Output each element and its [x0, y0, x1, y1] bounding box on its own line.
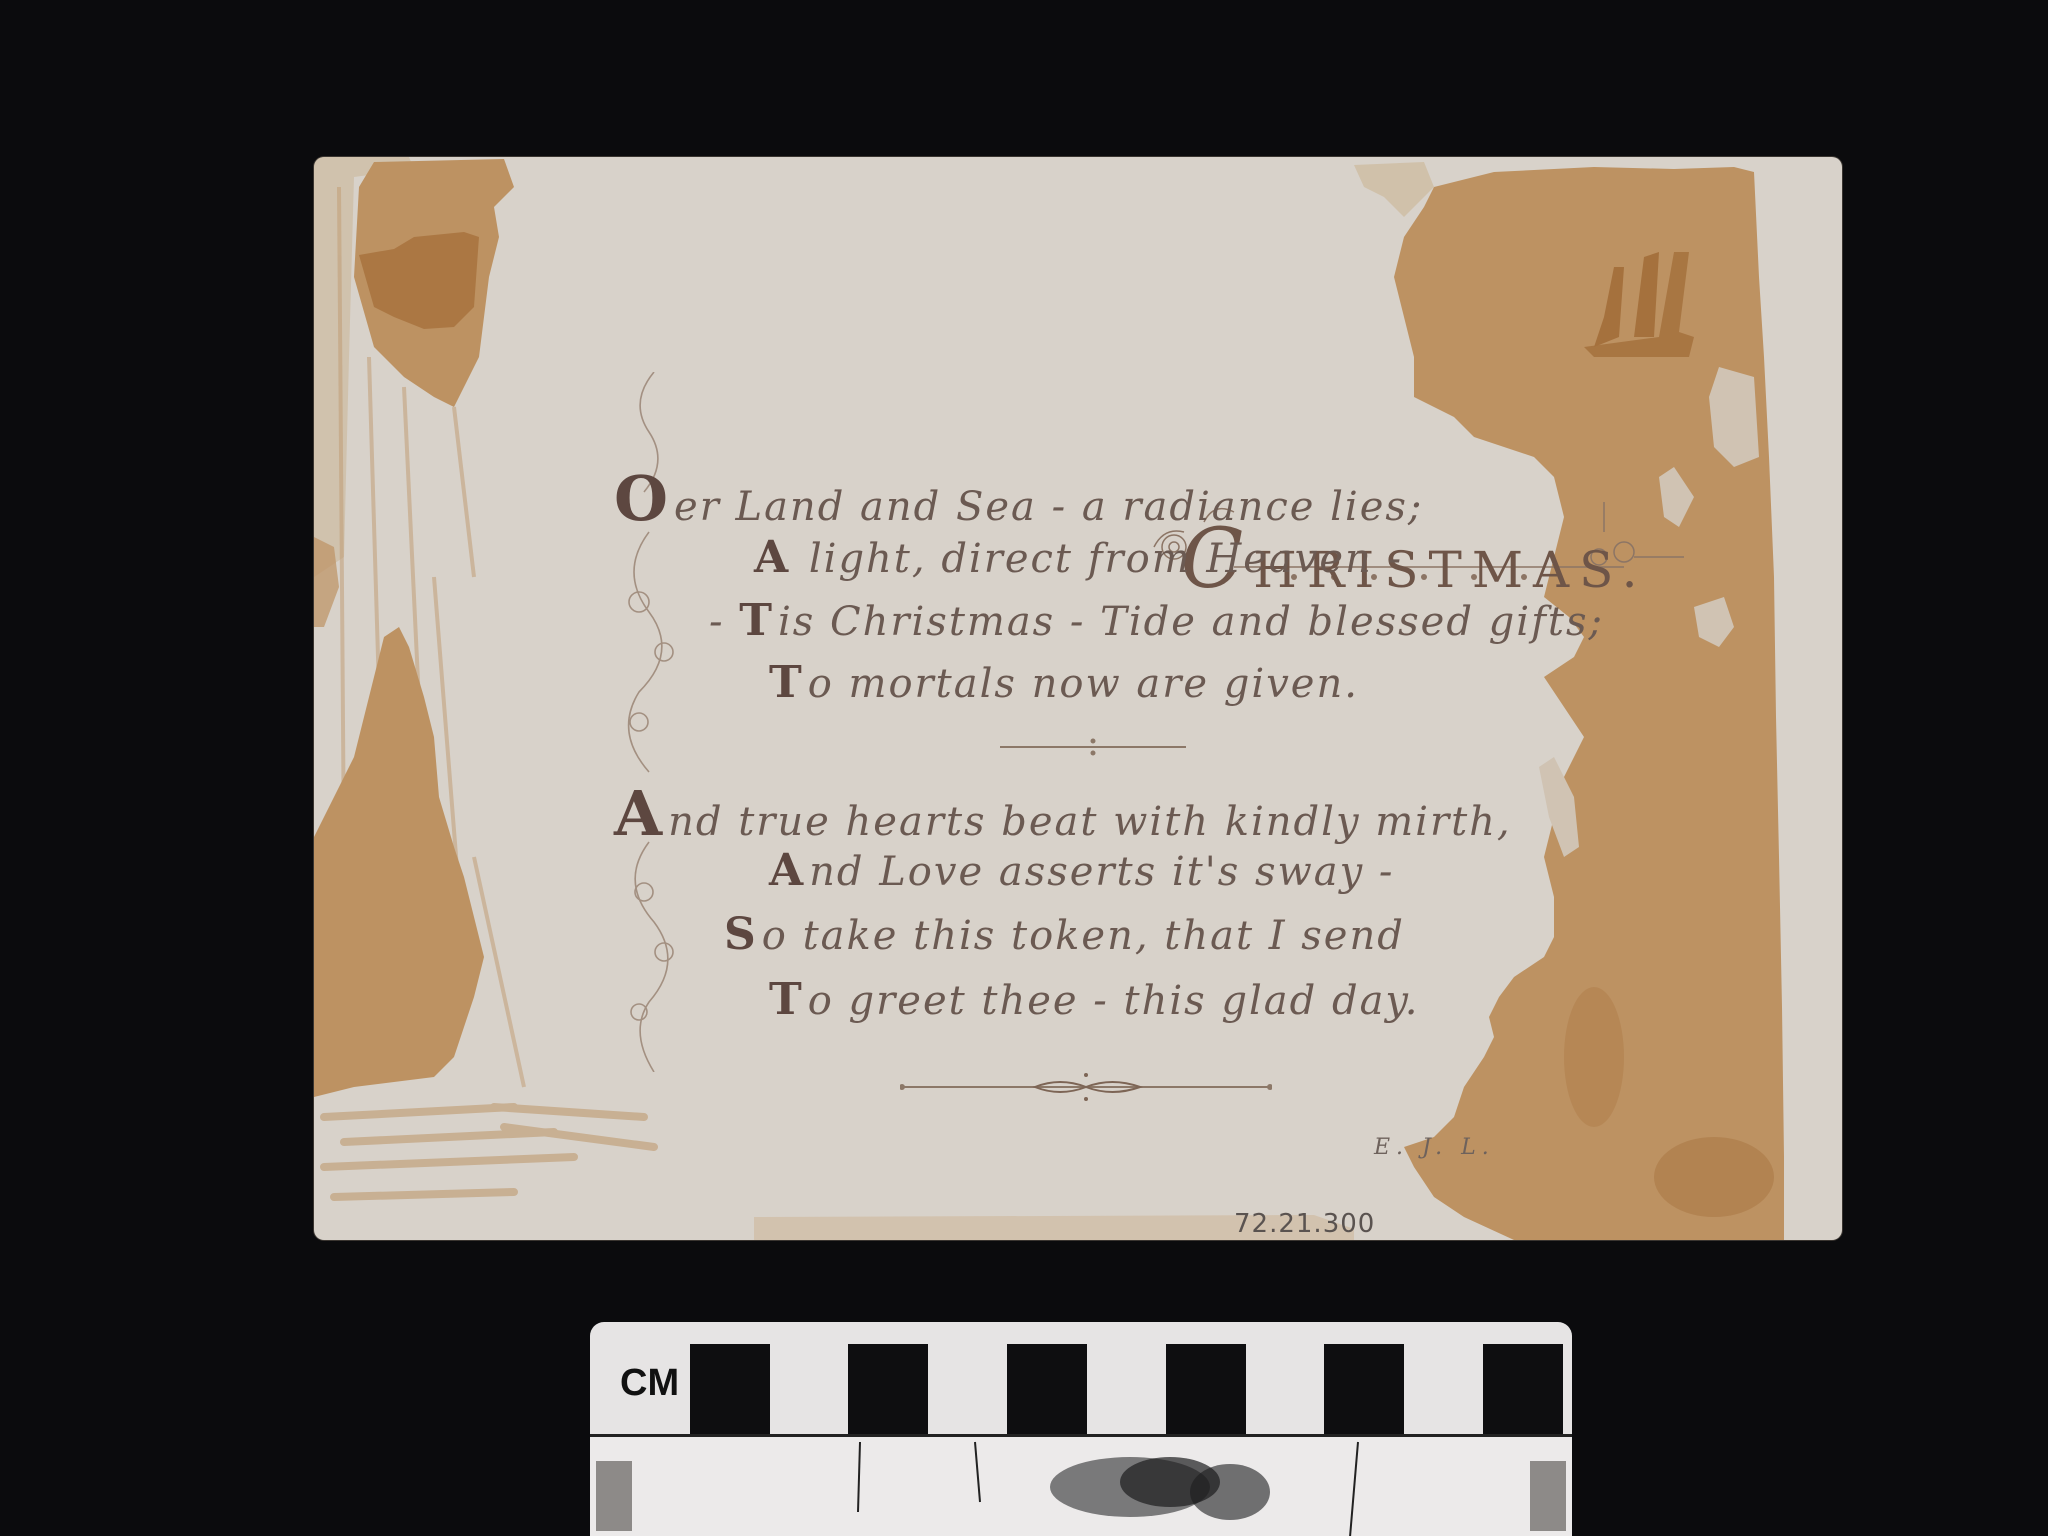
- initial-a: A: [769, 845, 805, 896]
- poem-line-8: To greet thee - this glad day.: [769, 974, 1419, 1025]
- illuminated-initial-a: A: [614, 777, 664, 850]
- initial-s: S: [724, 909, 758, 960]
- poem-line-6: And Love asserts it's sway -: [769, 845, 1394, 896]
- poem-line-2: A light, direct from Heaven -: [754, 532, 1403, 583]
- scale-tick: [690, 1344, 770, 1434]
- poem-line-3: - Tis Christmas - Tide and blessed gifts…: [709, 595, 1604, 646]
- scale-tick: [1007, 1344, 1087, 1434]
- poem-line-4: To mortals now are given.: [769, 657, 1359, 708]
- stanza-divider: [1000, 735, 1186, 759]
- poem-line-6-text: nd Love asserts it's sway -: [809, 849, 1394, 895]
- scale-tick: [1166, 1344, 1246, 1434]
- poem-line-4-text: o mortals now are given.: [808, 661, 1359, 707]
- scale-tick: [848, 1344, 928, 1434]
- scale-tick: [1483, 1344, 1563, 1434]
- poem-line-5-text: nd true hearts beat with kindly mirth,: [668, 799, 1512, 845]
- accession-number: 72.21.300: [1234, 1209, 1375, 1239]
- author-initials: E. J. L.: [1374, 1135, 1495, 1160]
- bottom-flourish-ornament: [900, 1067, 1272, 1107]
- initial-t: T: [739, 595, 774, 646]
- poem-line-1-text: er Land and Sea - a radiance lies;: [674, 484, 1423, 530]
- poem-line-3-dash: -: [709, 599, 739, 645]
- scale-tick: [1324, 1344, 1404, 1434]
- initial-a: A: [754, 532, 790, 583]
- initial-t: T: [769, 657, 804, 708]
- poem-line-1: Oer Land and Sea - a radiance lies;: [614, 462, 1423, 535]
- poem-line-8-text: o greet thee - this glad day.: [808, 978, 1420, 1024]
- christmas-card: CHRISTMAS. Oer Land and Sea - a radiance…: [314, 157, 1842, 1240]
- scale-wear-marks: [590, 1437, 1572, 1536]
- poem-line-3-text: is Christmas - Tide and blessed gifts;: [778, 599, 1604, 645]
- scale-ruler: CM: [590, 1322, 1572, 1434]
- poem-line-2-text: light, direct from Heaven -: [794, 536, 1403, 582]
- illuminated-initial-o: O: [614, 462, 670, 535]
- poem-line-7: So take this token, that I send: [724, 909, 1405, 960]
- cm-scale-bar: CM: [590, 1322, 1572, 1536]
- scale-holder: [590, 1434, 1572, 1536]
- initial-t: T: [769, 974, 804, 1025]
- poem-line-5: And true hearts beat with kindly mirth,: [614, 777, 1512, 850]
- poem-line-7-text: o take this token, that I send: [762, 913, 1405, 959]
- scale-unit-label: CM: [620, 1362, 679, 1405]
